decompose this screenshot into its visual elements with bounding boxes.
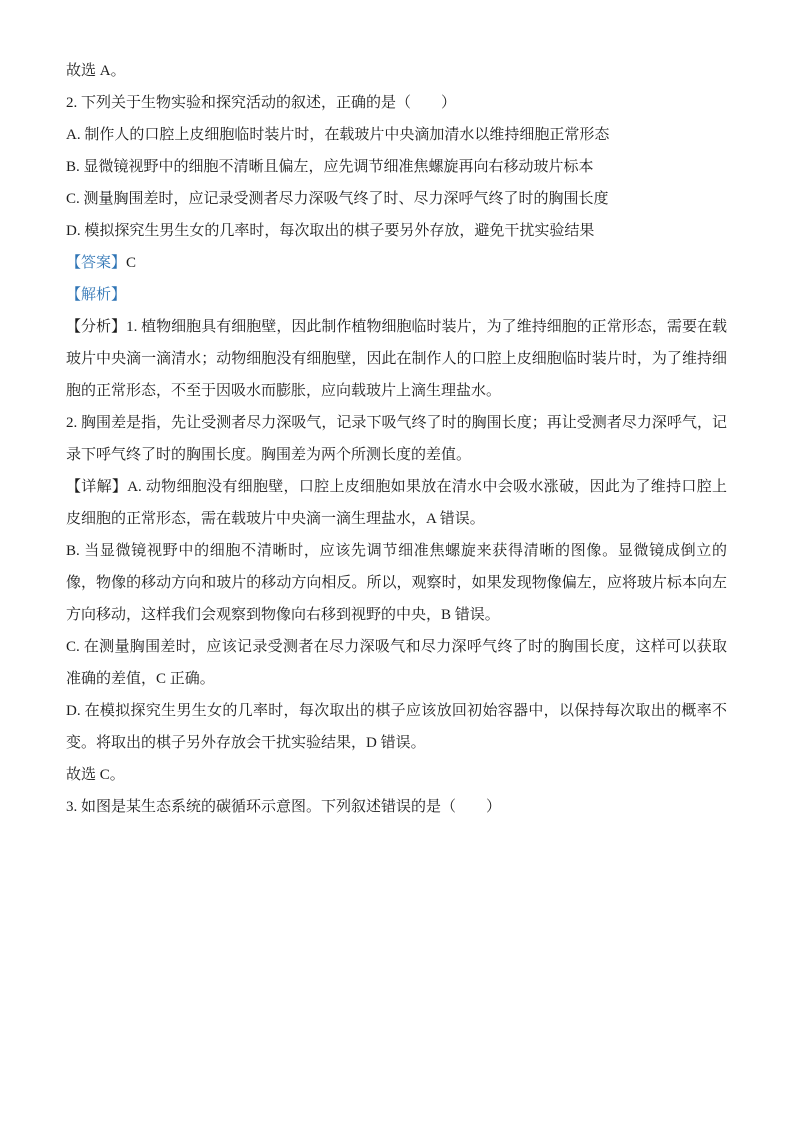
detail-option-d: D. 在模拟探究生男生女的几率时，每次取出的棋子应该放回初始容器中，以保持每次取… [66,695,727,759]
question-2-stem: 2. 下列关于生物实验和探究活动的叙述，正确的是（ ） [66,87,727,119]
detail-option-a: 【详解】A. 动物细胞没有细胞壁，口腔上皮细胞如果放在清水中会吸水涨破，因此为了… [66,471,727,535]
analysis-paragraph-2: 2. 胸围差是指，先让受测者尽力深吸气，记录下吸气终了时的胸围长度；再让受测者尽… [66,407,727,471]
jiexi-label: 【解析】 [66,287,126,303]
conclusion-line: 故选 C。 [66,759,727,791]
question-2-option-b: B. 显微镜视野中的细胞不清晰且偏左，应先调节细准焦螺旋再向右移动玻片标本 [66,151,727,183]
prev-question-conclusion: 故选 A。 [66,55,727,87]
document-body: 故选 A。 2. 下列关于生物实验和探究活动的叙述，正确的是（ ） A. 制作人… [66,55,727,823]
question-2-option-c: C. 测量胸围差时，应记录受测者尽力深吸气终了时、尽力深呼气终了时的胸围长度 [66,183,727,215]
detail-option-c: C. 在测量胸围差时，应该记录受测者在尽力深吸气和尽力深呼气终了时的胸围长度，这… [66,631,727,695]
answer-line: 【答案】C [66,247,727,279]
question-3-stem: 3. 如图是某生态系统的碳循环示意图。下列叙述错误的是（ ） [66,791,727,823]
document-page: 故选 A。 2. 下列关于生物实验和探究活动的叙述，正确的是（ ） A. 制作人… [0,0,793,1122]
jiexi-line: 【解析】 [66,279,727,311]
question-2-option-a: A. 制作人的口腔上皮细胞临时装片时，在载玻片中央滴加清水以维持细胞正常形态 [66,119,727,151]
detail-option-b: B. 当显微镜视野中的细胞不清晰时，应该先调节细准焦螺旋来获得清晰的图像。显微镜… [66,535,727,631]
answer-value: C [126,255,136,271]
analysis-paragraph-1: 【分析】1. 植物细胞具有细胞壁，因此制作植物细胞临时装片，为了维持细胞的正常形… [66,311,727,407]
answer-label: 【答案】 [66,255,126,271]
question-2-option-d: D. 模拟探究生男生女的几率时，每次取出的棋子要另外存放，避免干扰实验结果 [66,215,727,247]
